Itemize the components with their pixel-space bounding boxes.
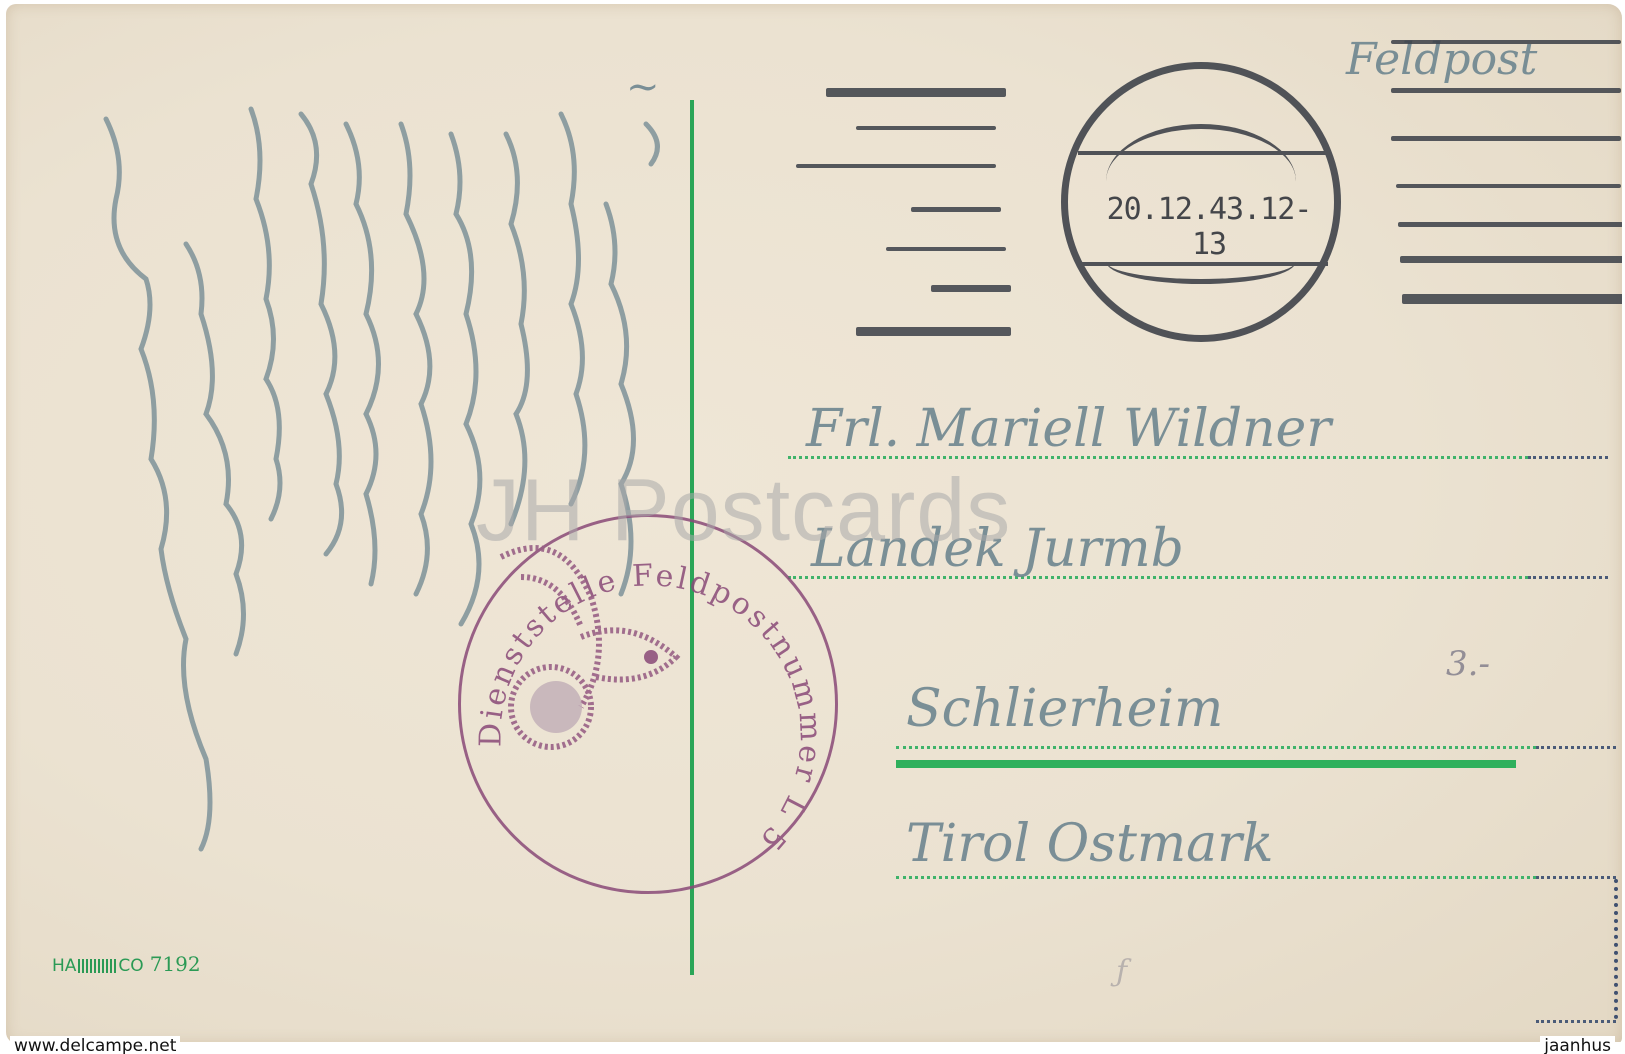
postmark-bar xyxy=(1078,151,1328,155)
address-line-3 xyxy=(896,746,1536,749)
address-box-bottom xyxy=(1536,1020,1616,1023)
watermark: JH Postcards xyxy=(476,459,1011,561)
cancel-bar xyxy=(1402,294,1622,304)
cancel-bar xyxy=(1396,184,1621,188)
pencil-scribble: ƒ xyxy=(1116,954,1127,989)
postcard-back: Frl. Mariell Wildner Landek Jurmb Schlie… xyxy=(6,4,1622,1044)
source-site-link[interactable]: www.delcampe.net xyxy=(10,1036,180,1054)
printer-mark: HACO7192 xyxy=(52,952,201,976)
sender-scribble: ~ xyxy=(626,64,660,110)
cancel-bar xyxy=(856,126,996,130)
address-line-1-tail xyxy=(1528,456,1608,459)
address-region: Tirol Ostmark xyxy=(906,814,1274,874)
seller-name[interactable]: jaanhus xyxy=(1540,1036,1615,1054)
printer-prefix: HA xyxy=(52,956,76,976)
cancel-bar xyxy=(796,164,996,168)
address-underline xyxy=(896,760,1516,768)
printer-number: 7192 xyxy=(150,952,201,976)
cancel-bar xyxy=(911,207,1001,212)
cancel-bar xyxy=(1391,136,1621,141)
printer-logo-icon xyxy=(78,959,116,973)
pencil-price: 3.- xyxy=(1446,644,1490,684)
postmark-arc xyxy=(1106,239,1296,284)
cancel-bar xyxy=(1398,222,1622,227)
cancel-bar xyxy=(931,285,1011,292)
address-line-4 xyxy=(896,876,1536,879)
cancel-bar xyxy=(826,88,1006,97)
address-line-2-tail xyxy=(1528,576,1608,579)
address-box-edge xyxy=(1614,879,1618,1019)
printer-suffix: CO xyxy=(118,956,143,976)
address-town: Schlierheim xyxy=(906,679,1223,739)
cancel-bar xyxy=(1391,40,1621,44)
footer-bar xyxy=(0,1042,1625,1054)
cancel-bar xyxy=(856,327,1011,336)
address-name: Frl. Mariell Wildner xyxy=(806,399,1331,459)
cancel-bar xyxy=(1400,256,1622,263)
address-line-3-tail xyxy=(1536,746,1616,749)
cancel-bar xyxy=(886,247,1006,251)
postmark: 20.12.43.12-13 xyxy=(1061,62,1341,342)
feldpost-stamp: Dienststelle Feldpostnummer L 53 238 xyxy=(458,514,838,894)
cancel-bar xyxy=(1391,88,1621,93)
address-line-4-tail xyxy=(1536,876,1616,879)
